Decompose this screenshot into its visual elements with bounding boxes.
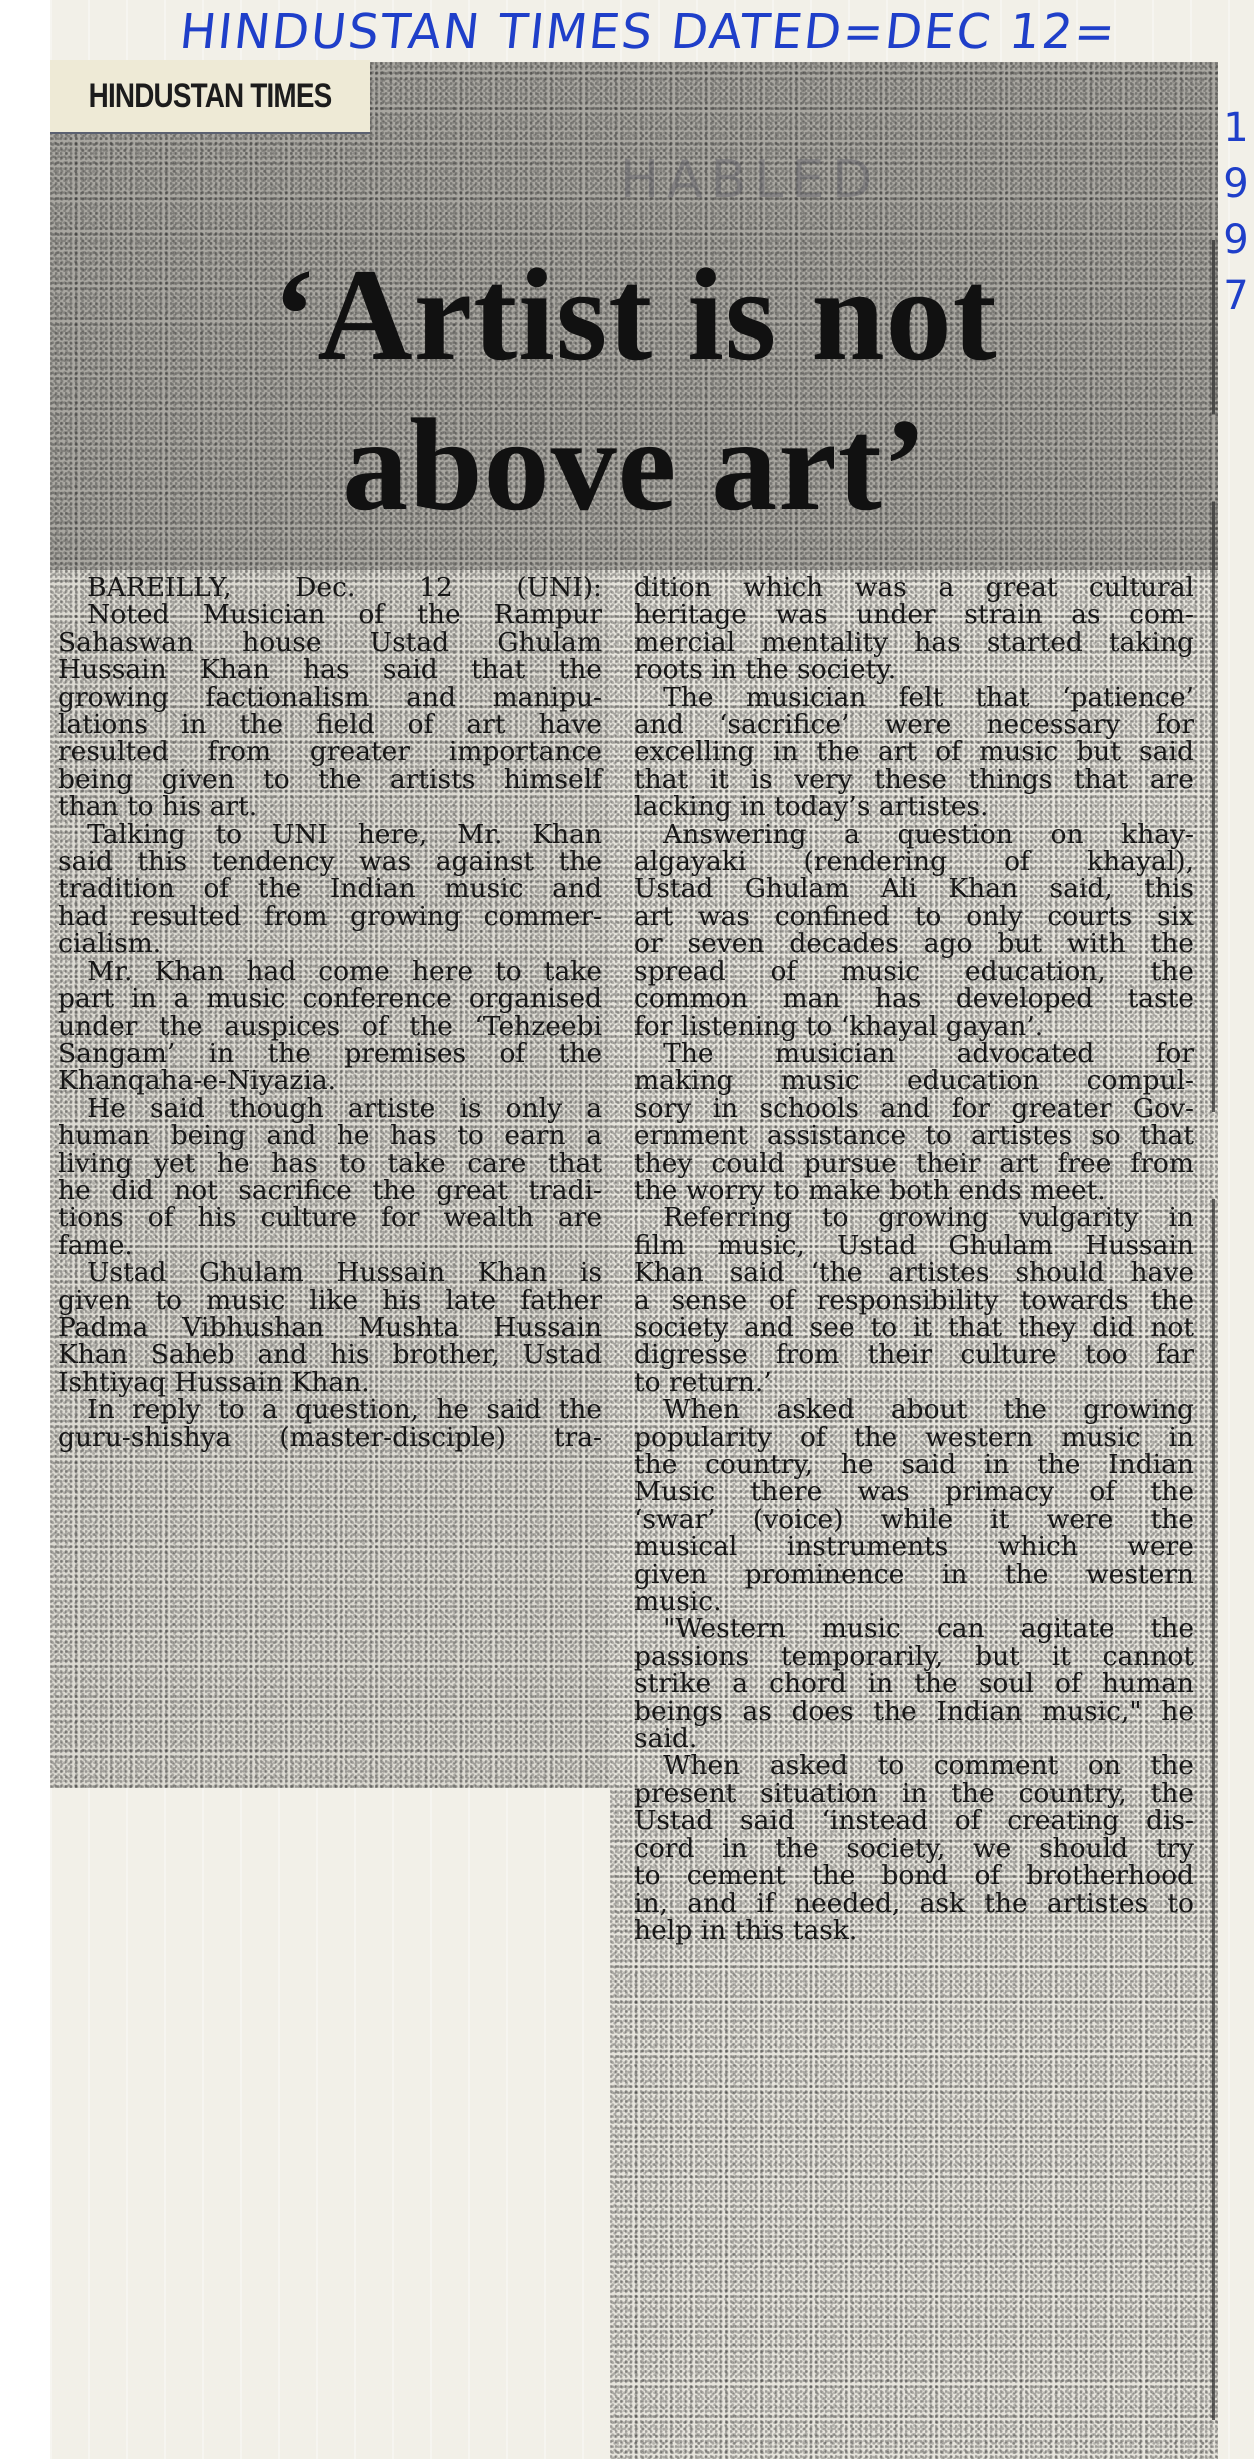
article-text-line: BAREILLY, Dec. 12 (UNI): bbox=[58, 574, 602, 601]
article-text-line: fame. bbox=[58, 1232, 602, 1259]
article-text-line: excelling in the art of music but said bbox=[634, 738, 1194, 765]
article-text-line: said. bbox=[634, 1725, 1194, 1752]
article-text-line: that it is very these things that are bbox=[634, 766, 1194, 793]
article-text-line: Noted Musician of the Rampur bbox=[58, 601, 602, 628]
article-text-line: cord in the society, we should try bbox=[634, 1835, 1194, 1862]
article-right-column: dition which was a great culturalheritag… bbox=[634, 574, 1194, 1944]
article-left-column: BAREILLY, Dec. 12 (UNI):Noted Musician o… bbox=[58, 574, 602, 1451]
article-text-line: popularity of the western music in bbox=[634, 1424, 1194, 1451]
article-text-line: a sense of responsibility towards the bbox=[634, 1287, 1194, 1314]
article-text-line: musical instruments which were bbox=[634, 1533, 1194, 1560]
article-text-line: guru-shishya (master-disciple) tra- bbox=[58, 1424, 602, 1451]
article-text-line: said this tendency was against the bbox=[58, 848, 602, 875]
article-text-line: had resulted from growing commer- bbox=[58, 903, 602, 930]
article-text-line: heritage was under strain as com- bbox=[634, 601, 1194, 628]
article-text-line: than to his art. bbox=[58, 793, 602, 820]
article-text-line: part in a music conference organised bbox=[58, 985, 602, 1012]
article-text-line: digresse from their culture too far bbox=[634, 1341, 1194, 1368]
handwritten-year: 1 9 9 7 bbox=[1222, 100, 1252, 324]
article-text-line: Khanqaha-e-Niyazia. bbox=[58, 1067, 602, 1094]
article-text-line: beings as does the Indian music," he bbox=[634, 1698, 1194, 1725]
article-text-line: given to music like his late father bbox=[58, 1287, 602, 1314]
article-text-line: "Western music can agitate the bbox=[634, 1615, 1194, 1642]
article-text-line: Talking to UNI here, Mr. Khan bbox=[58, 821, 602, 848]
article-text-line: dition which was a great cultural bbox=[634, 574, 1194, 601]
masthead-text: HINDUSTAN TIMES bbox=[89, 77, 332, 116]
article-text-line: Referring to growing vulgarity in bbox=[634, 1204, 1194, 1231]
article-text-line: He said though artiste is only a bbox=[58, 1095, 602, 1122]
article-text-line: art was confined to only courts six bbox=[634, 903, 1194, 930]
article-text-line: the country, he said in the Indian bbox=[634, 1451, 1194, 1478]
article-headline: ‘Artist is not above art’ bbox=[60, 240, 1210, 540]
article-text-line: they could pursue their art free from bbox=[634, 1150, 1194, 1177]
article-text-line: Ustad said ‘instead of creating dis- bbox=[634, 1807, 1194, 1834]
article-text-line: Khan Saheb and his brother, Ustad bbox=[58, 1341, 602, 1368]
article-text-line: film music, Ustad Ghulam Hussain bbox=[634, 1232, 1194, 1259]
handwritten-source-note: HINDUSTAN TIMES DATED=DEC 12= bbox=[177, 4, 1120, 60]
article-text-line: Mr. Khan had come here to take bbox=[58, 958, 602, 985]
article-text-line: lacking in today’s artistes. bbox=[634, 793, 1194, 820]
article-text-line: Answering a question on khay- bbox=[634, 821, 1194, 848]
article-text-line: living yet he has to take care that bbox=[58, 1150, 602, 1177]
article-text-line: resulted from greater importance bbox=[58, 738, 602, 765]
article-text-line: given prominence in the western bbox=[634, 1561, 1194, 1588]
year-digit: 1 bbox=[1222, 100, 1252, 156]
article-text-line: being given to the artists himself bbox=[58, 766, 602, 793]
article-text-line: Khan said ‘the artistes should have bbox=[634, 1259, 1194, 1286]
article-text-line: Music there was primacy of the bbox=[634, 1478, 1194, 1505]
year-digit: 9 bbox=[1222, 212, 1252, 268]
article-text-line: Sangam’ in the premises of the bbox=[58, 1040, 602, 1067]
article-text-line: lations in the field of art have bbox=[58, 711, 602, 738]
article-text-line: and ‘sacrifice’ were necessary for bbox=[634, 711, 1194, 738]
article-text-line: in, and if needed, ask the artistes to bbox=[634, 1890, 1194, 1917]
article-text-line: society and see to it that they did not bbox=[634, 1314, 1194, 1341]
article-text-line: Ustad Ghulam Hussain Khan is bbox=[58, 1259, 602, 1286]
article-text-line: strike a chord in the soul of human bbox=[634, 1670, 1194, 1697]
headline-line-2: above art’ bbox=[60, 390, 1210, 540]
article-text-line: Sahaswan house Ustad Ghulam bbox=[58, 629, 602, 656]
article-text-line: to cement the bond of brotherhood bbox=[634, 1862, 1194, 1889]
newspaper-masthead-label: HINDUSTAN TIMES bbox=[50, 60, 370, 134]
article-text-line: music. bbox=[634, 1588, 1194, 1615]
article-text-line: sory in schools and for greater Gov- bbox=[634, 1095, 1194, 1122]
article-text-line: Padma Vibhushan Mushta Hussain bbox=[58, 1314, 602, 1341]
article-text-line: Ustad Ghulam Ali Khan said, this bbox=[634, 875, 1194, 902]
article-text-line: tions of his culture for wealth are bbox=[58, 1204, 602, 1231]
article-text-line: In reply to a question, he said the bbox=[58, 1396, 602, 1423]
article-text-line: help in this task. bbox=[634, 1917, 1194, 1944]
article-text-line: roots in the society. bbox=[634, 656, 1194, 683]
column-rule bbox=[1212, 240, 1215, 2420]
article-text-line: ‘swar’ (voice) while it were the bbox=[634, 1506, 1194, 1533]
pencil-annotation: HABLED bbox=[620, 150, 880, 210]
headline-line-1: ‘Artist is not bbox=[60, 240, 1210, 390]
article-text-line: to return.’ bbox=[634, 1369, 1194, 1396]
article-text-line: spread of music education, the bbox=[634, 958, 1194, 985]
article-text-line: human being and he has to earn a bbox=[58, 1122, 602, 1149]
article-text-line: When asked to comment on the bbox=[634, 1752, 1194, 1779]
article-text-line: passions temporarily, but it cannot bbox=[634, 1643, 1194, 1670]
article-text-line: The musician advocated for bbox=[634, 1040, 1194, 1067]
article-text-line: the worry to make both ends meet. bbox=[634, 1177, 1194, 1204]
article-text-line: present situation in the country, the bbox=[634, 1780, 1194, 1807]
article-text-line: he did not sacrifice the great tradi- bbox=[58, 1177, 602, 1204]
article-text-line: Hussain Khan has said that the bbox=[58, 656, 602, 683]
year-digit: 9 bbox=[1222, 156, 1252, 212]
article-text-line: common man has developed taste bbox=[634, 985, 1194, 1012]
article-text-line: under the auspices of the ‘Tehzeebi bbox=[58, 1013, 602, 1040]
article-text-line: mercial mentality has started taking bbox=[634, 629, 1194, 656]
article-text-line: growing factionalism and manipu- bbox=[58, 684, 602, 711]
article-text-line: for listening to ‘khayal gayan’. bbox=[634, 1013, 1194, 1040]
article-text-line: making music education compul- bbox=[634, 1067, 1194, 1094]
article-text-line: ernment assistance to artistes so that bbox=[634, 1122, 1194, 1149]
article-text-line: tradition of the Indian music and bbox=[58, 875, 602, 902]
article-text-line: The musician felt that ‘patience’ bbox=[634, 684, 1194, 711]
article-text-line: When asked about the growing bbox=[634, 1396, 1194, 1423]
article-text-line: or seven decades ago but with the bbox=[634, 930, 1194, 957]
article-text-line: cialism. bbox=[58, 930, 602, 957]
article-text-line: Ishtiyaq Hussain Khan. bbox=[58, 1369, 602, 1396]
year-digit: 7 bbox=[1222, 268, 1252, 324]
article-text-line: algayaki (rendering of khayal), bbox=[634, 848, 1194, 875]
